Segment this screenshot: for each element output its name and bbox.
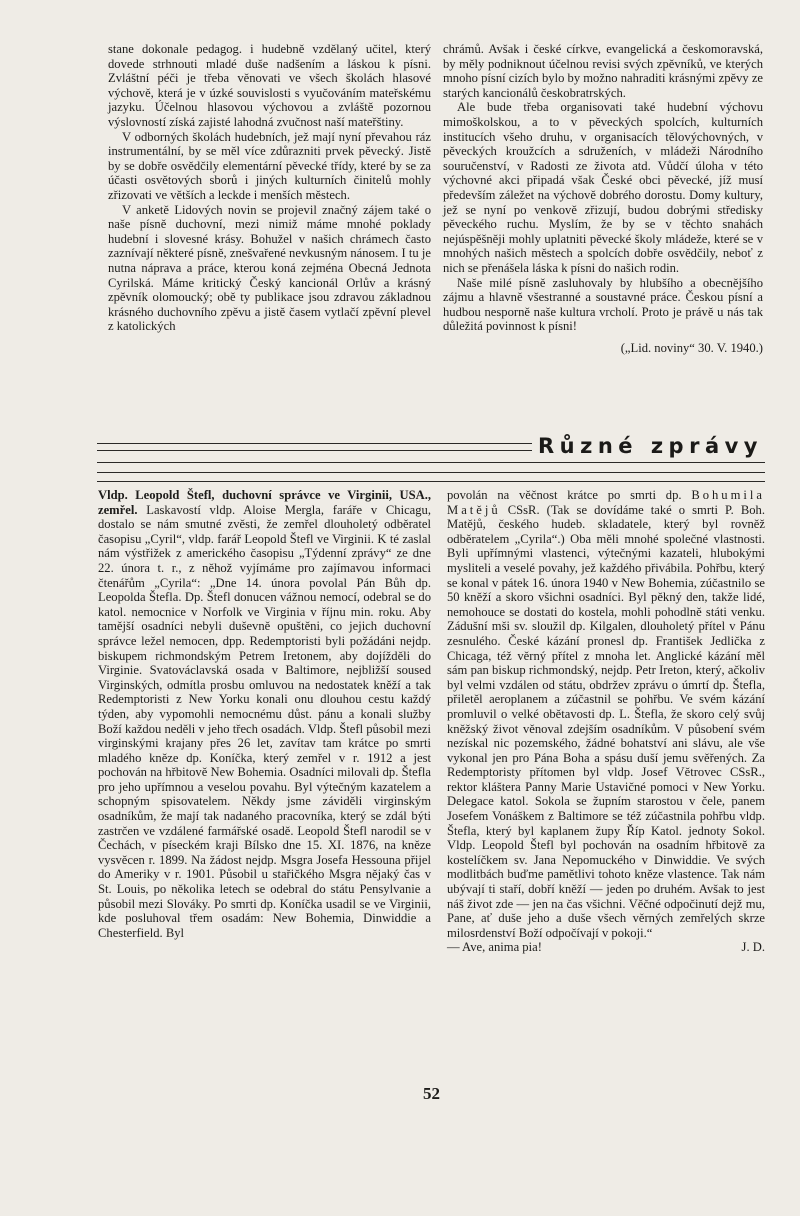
heading-rule	[97, 462, 765, 463]
closing-line: — Ave, anima pia! J. D.	[447, 940, 765, 955]
top-article-right-column: chrámů. Avšak i české církve, evangelick…	[443, 42, 763, 355]
news-left-column: Vldp. Leopold Štefl, duchovní správce ve…	[98, 488, 431, 940]
news-body-start: povolán na věčnost krátce po smrti dp.	[447, 488, 682, 502]
page-number: 52	[423, 1084, 440, 1104]
paragraph: V anketě Lidových novin se projevil znač…	[108, 203, 431, 334]
paragraph: chrámů. Avšak i české církve, evangelick…	[443, 42, 763, 100]
news-body: CSsR. (Tak se dovídáme také o smrti P. B…	[447, 503, 765, 940]
paragraph: V odborných školách hudebních, jež mají …	[108, 130, 431, 203]
heading-rule	[97, 443, 532, 444]
top-article-left-column: stane dokonale pedagog. i hudebně vzděla…	[108, 42, 431, 334]
paragraph: Ale bude třeba organisovati také hudební…	[443, 100, 763, 275]
signature: J. D.	[742, 940, 765, 955]
source-citation: („Lid. noviny“ 30. V. 1940.)	[443, 341, 763, 356]
heading-rule	[97, 450, 532, 451]
paragraph: Naše milé písně zasluhovaly by hlubšího …	[443, 276, 763, 334]
news-paragraph: povolán na věčnost krátce po smrti dp. B…	[447, 488, 765, 940]
section-heading: Různé zprávy	[97, 430, 765, 482]
news-paragraph: Vldp. Leopold Štefl, duchovní správce ve…	[98, 488, 431, 940]
heading-rule	[97, 472, 765, 473]
closing-phrase: — Ave, anima pia!	[447, 940, 542, 955]
paragraph: stane dokonale pedagog. i hudebně vzděla…	[108, 42, 431, 130]
news-body: Laskavostí vldp. Aloise Mergla, faráře v…	[98, 503, 431, 940]
heading-rule	[97, 481, 765, 482]
news-right-column: povolán na věčnost krátce po smrti dp. B…	[447, 488, 765, 955]
section-title: Různé zprávy	[538, 434, 763, 458]
